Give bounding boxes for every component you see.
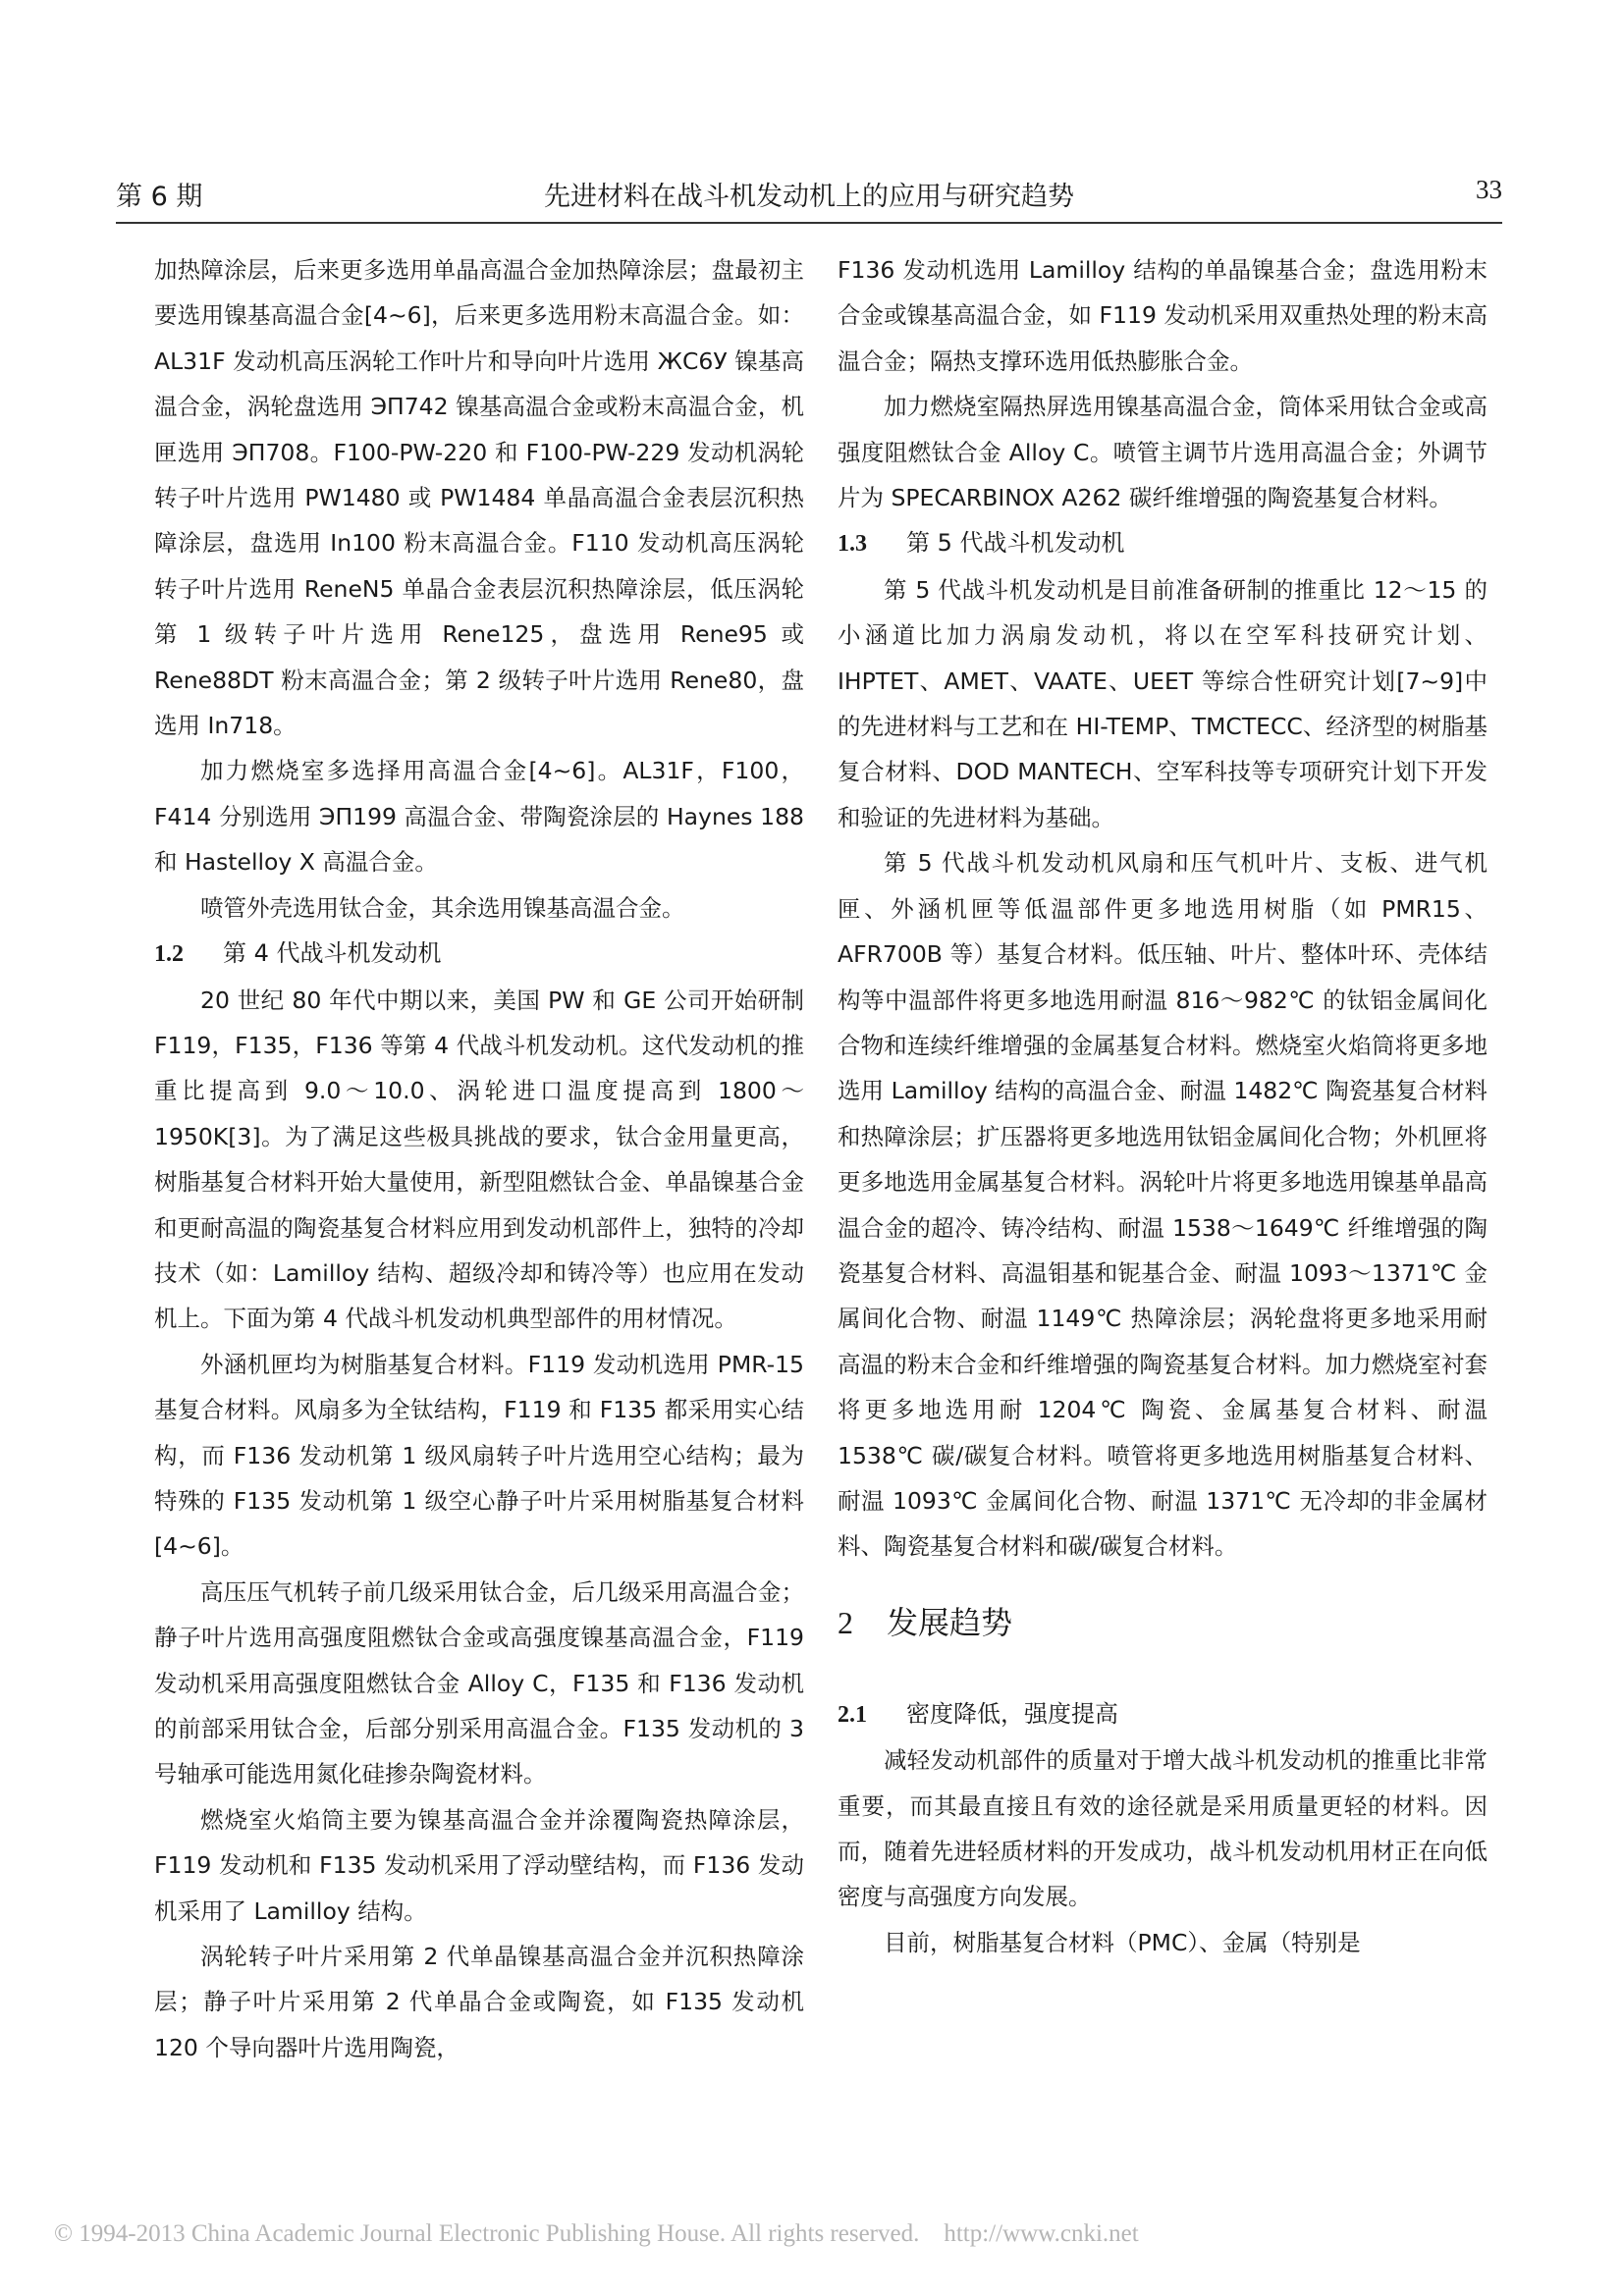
section-heading-2: 2发展趋势: [838, 1570, 1488, 1691]
section-title: 密度降低，强度提高: [906, 1700, 1118, 1728]
running-header: 第 6 期 先进材料在战斗机发动机上的应用与研究趋势 33: [116, 175, 1502, 214]
paragraph: 喷管外壳选用钛合金，其余选用镍基高温合金。: [154, 885, 804, 931]
paragraph: 高压压气机转子前几级采用钛合金，后几级采用高温合金；静子叶片选用高强度阻燃钛合金…: [154, 1570, 804, 1797]
paragraph: 加热障涂层，后来更多选用单晶高温合金加热障涂层；盘最初主要选用镍基高温合金[4~…: [154, 247, 804, 748]
header-divider: [116, 222, 1502, 224]
running-title: 先进材料在战斗机发动机上的应用与研究趋势: [116, 175, 1502, 213]
section-number: 2: [838, 1593, 887, 1652]
section-title: 第 5 代战斗机发动机: [906, 529, 1125, 557]
paragraph: 第 5 代战斗机发动机风扇和压气机叶片、支板、进气机匣、外涵机匣等低温部件更多地…: [838, 840, 1488, 1570]
paragraph: 第 5 代战斗机发动机是目前准备研制的推重比 12～15 的小涵道比加力涡扇发动…: [838, 567, 1488, 840]
left-column: 加热障涂层，后来更多选用单晶高温合金加热障涂层；盘最初主要选用镍基高温合金[4~…: [154, 247, 804, 2070]
section-heading-1-2: 1.2第 4 代战斗机发动机: [154, 931, 804, 977]
section-number: 1.3: [838, 521, 906, 566]
paragraph: 涡轮转子叶片采用第 2 代单晶镍基高温合金并沉积热障涂层；静子叶片采用第 2 代…: [154, 1934, 804, 2070]
section-title: 发展趋势: [887, 1604, 1012, 1641]
paragraph: 加力燃烧室隔热屏选用镍基高温合金，筒体采用钛合金或高强度阻燃钛合金 Alloy …: [838, 384, 1488, 520]
paragraph: 加力燃烧室多选择用高温合金[4~6]。AL31F，F100，F414 分别选用 …: [154, 748, 804, 884]
section-heading-2-1: 2.1密度降低，强度提高: [838, 1691, 1488, 1737]
paragraph: F136 发动机选用 Lamilloy 结构的单晶镍基合金；盘选用粉末合金或镍基…: [838, 247, 1488, 384]
section-heading-1-3: 1.3第 5 代战斗机发动机: [838, 520, 1488, 566]
section-title: 第 4 代战斗机发动机: [223, 939, 442, 967]
copyright-footer: © 1994-2013 China Academic Journal Elect…: [54, 2220, 1139, 2248]
paragraph: 外涵机匣均为树脂基复合材料。F119 发动机选用 PMR-15 基复合材料。风扇…: [154, 1342, 804, 1570]
paragraph: 减轻发动机部件的质量对于增大战斗机发动机的推重比非常重要，而其最直接且有效的途径…: [838, 1737, 1488, 1920]
section-number: 1.2: [154, 932, 223, 977]
section-number: 2.1: [838, 1692, 906, 1737]
paragraph: 燃烧室火焰筒主要为镍基高温合金并涂覆陶瓷热障涂层，F119 发动机和 F135 …: [154, 1797, 804, 1934]
paragraph: 20 世纪 80 年代中期以来，美国 PW 和 GE 公司开始研制 F119，F…: [154, 978, 804, 1342]
page-number: 33: [1476, 175, 1502, 205]
right-column: F136 发动机选用 Lamilloy 结构的单晶镍基合金；盘选用粉末合金或镍基…: [838, 247, 1488, 1965]
paragraph: 目前，树脂基复合材料（PMC）、金属（特别是: [838, 1920, 1488, 1965]
